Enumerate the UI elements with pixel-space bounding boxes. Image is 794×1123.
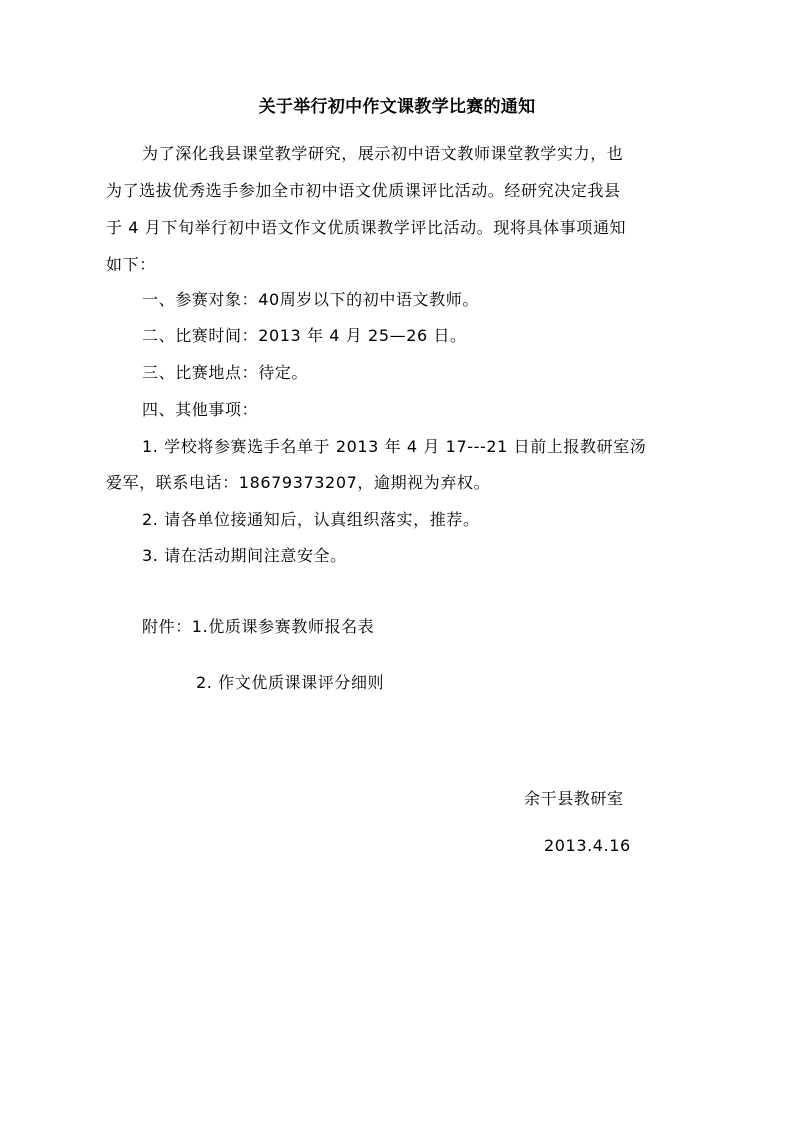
attachment-2: 2. 作文优质课课评分细则 — [196, 673, 384, 693]
intro-line-1: 为了深化我县课堂教学研究，展示初中语文教师课堂教学实力，也 — [142, 144, 623, 164]
intro-line-2: 为了选拔优秀选手参加全市初中语文优质课评比活动。经研究决定我县 — [106, 181, 621, 201]
item-time: 二、比赛时间：2013 年 4 月 25—26 日。 — [142, 326, 467, 346]
document-page: 关于举行初中作文课教学比赛的通知 为了深化我县课堂教学研究，展示初中语文教师课堂… — [0, 0, 794, 1123]
document-title: 关于举行初中作文课教学比赛的通知 — [0, 96, 794, 118]
item-location: 三、比赛地点：待定。 — [142, 363, 308, 383]
signature-organization: 余干县教研室 — [524, 789, 624, 809]
intro-line-4: 如下： — [106, 255, 156, 275]
item-participants: 一、参赛对象：40周岁以下的初中语文教师。 — [142, 290, 479, 310]
attachment-1: 附件：1.优质课参赛教师报名表 — [142, 617, 374, 637]
sub-item-2: 2. 请各单位接通知后，认真组织落实，推荐。 — [142, 510, 480, 530]
sub-item-1-line-1: 1. 学校将参赛选手名单于 2013 年 4 月 17---21 日前上报教研室… — [142, 437, 646, 457]
sub-item-3: 3. 请在活动期间注意安全。 — [142, 546, 347, 566]
intro-line-3: 于 4 月下旬举行初中语文作文优质课教学评比活动。现将具体事项通知 — [106, 218, 626, 238]
signature-date: 2013.4.16 — [544, 836, 631, 856]
item-other: 四、其他事项： — [142, 400, 258, 420]
sub-item-1-line-2: 爱军，联系电话：18679373207，逾期视为弃权。 — [106, 473, 490, 493]
